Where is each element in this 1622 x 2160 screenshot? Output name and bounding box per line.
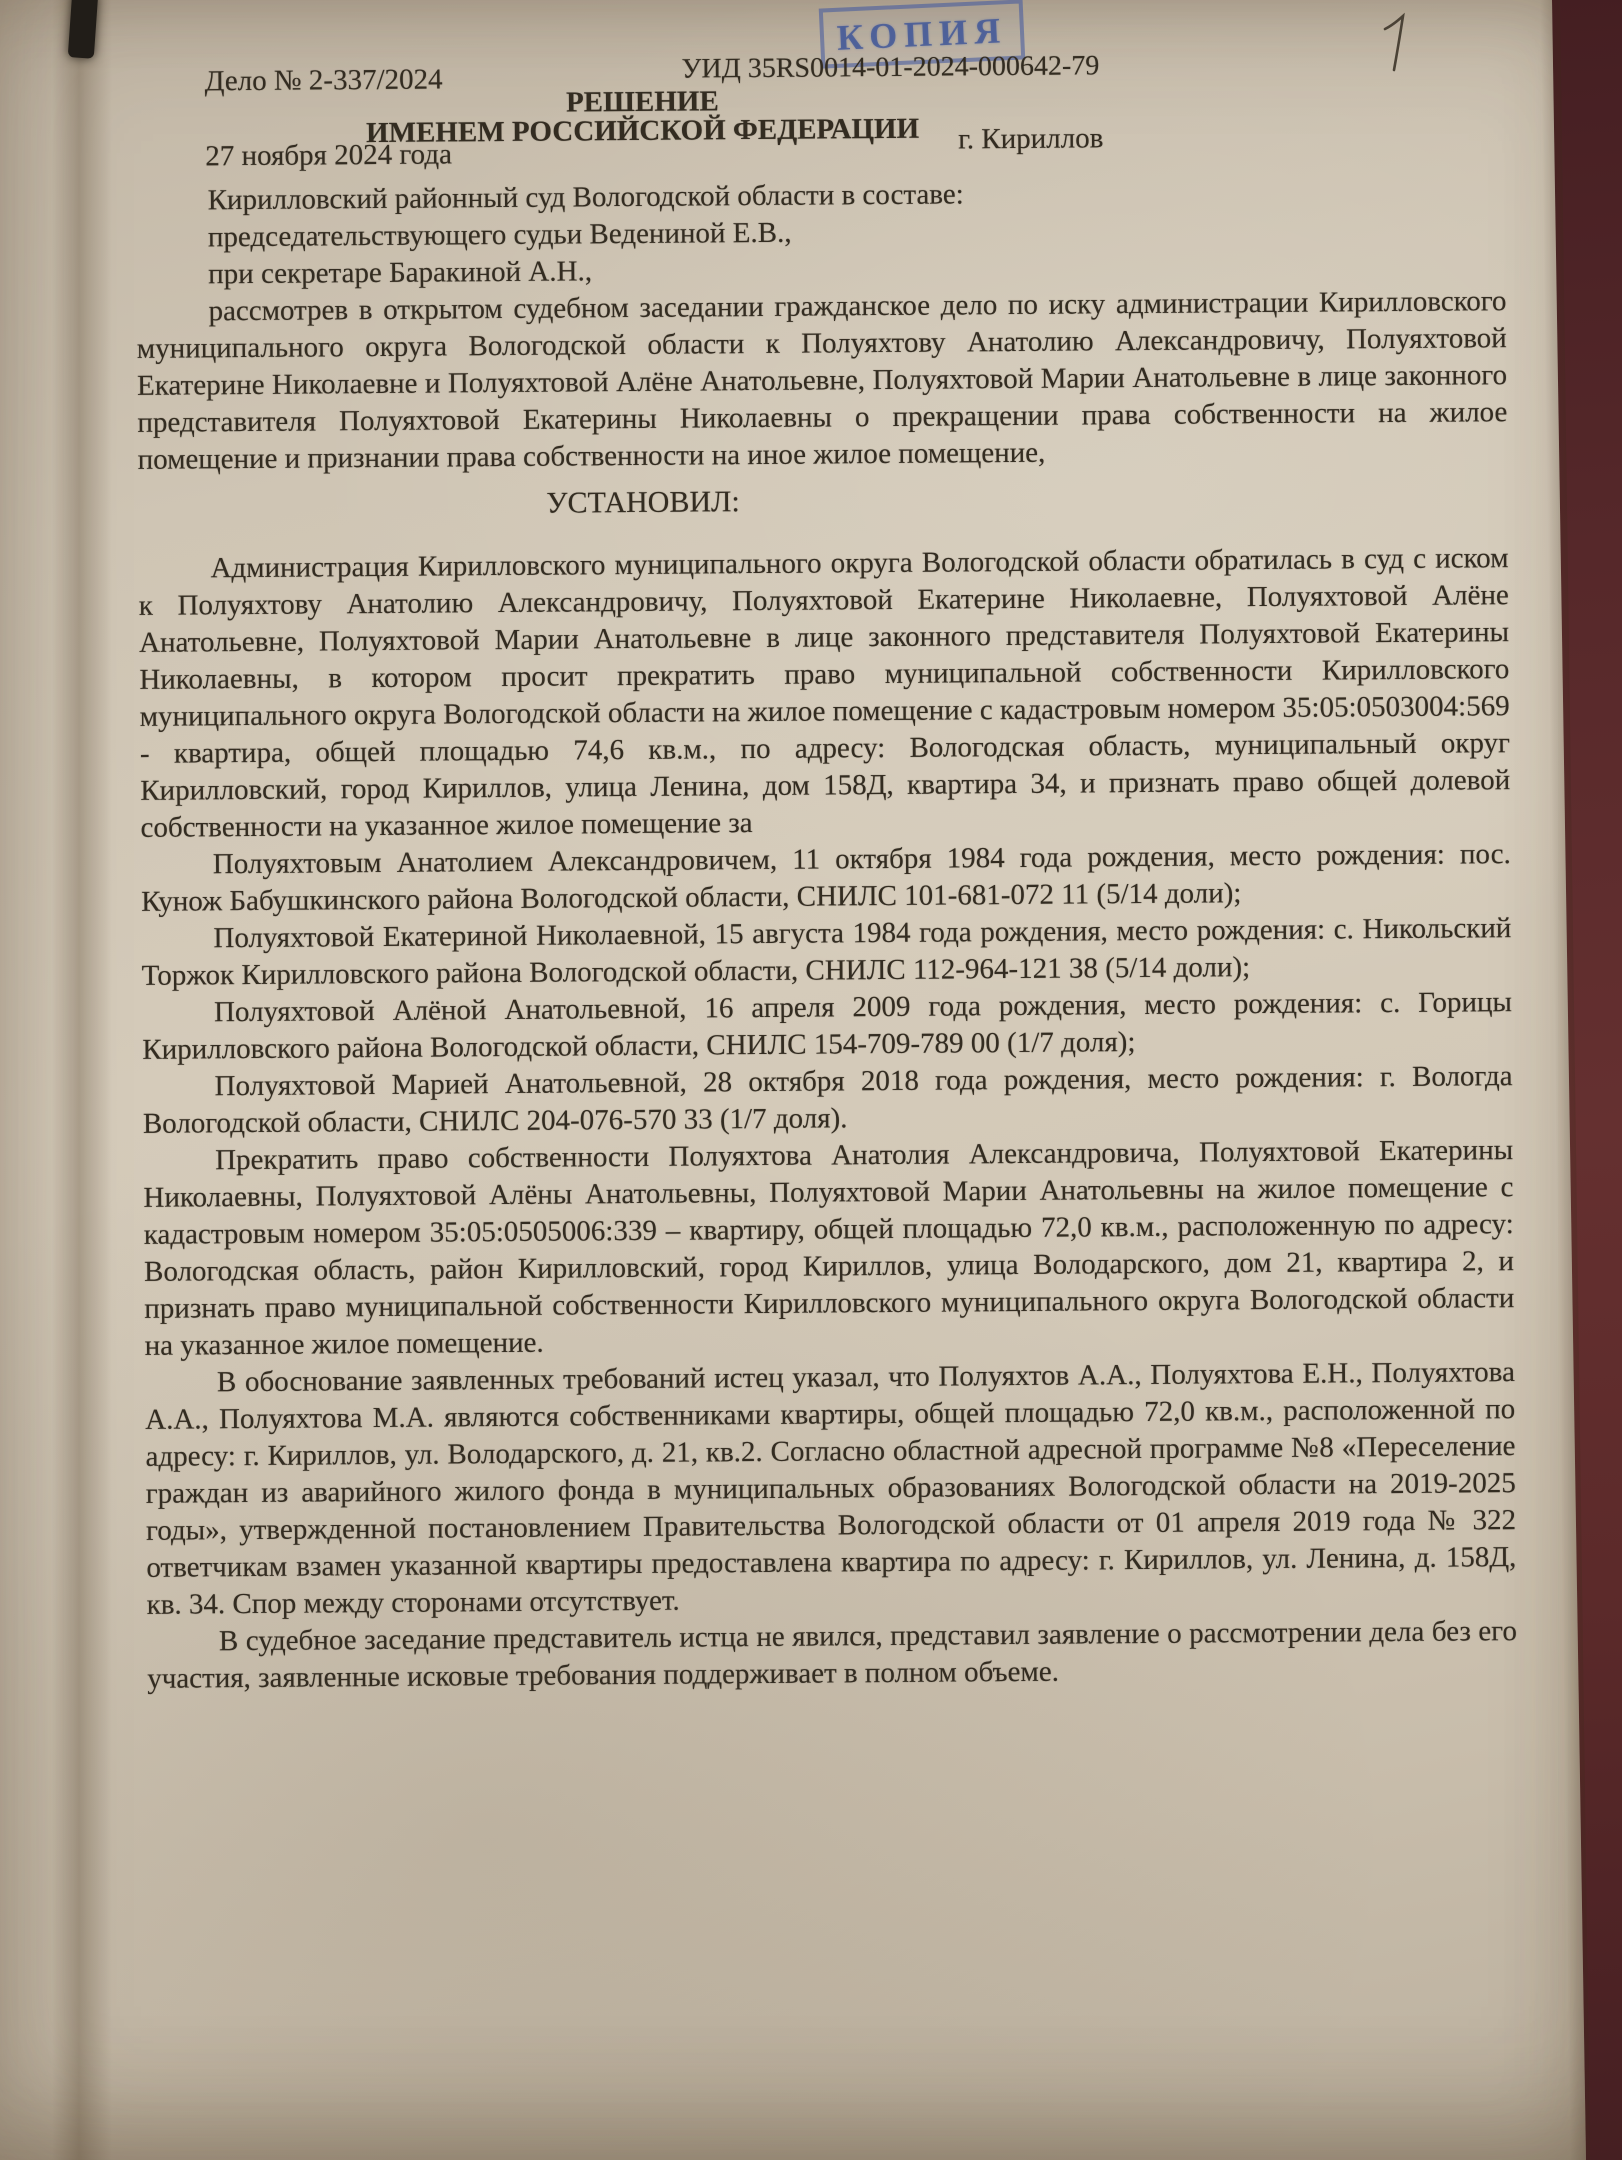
body-paragraph: Полуяхтовым Анатолием Александровичем, 1… (141, 836, 1512, 921)
body-paragraph: В судебное заседание представитель истца… (147, 1613, 1518, 1698)
body-paragraph: Прекратить право собственности Полуяхтов… (143, 1132, 1515, 1365)
body-paragraph: Полуяхтовой Алёной Анатольевной, 16 апре… (142, 984, 1513, 1069)
body-paragraph: Полуяхтовой Марией Анатольевной, 28 октя… (142, 1058, 1513, 1143)
document-body: Кирилловский районный суд Вологодской об… (135, 172, 1517, 1698)
body-paragraph: Полуяхтовой Екатериной Николаевной, 15 а… (141, 910, 1512, 995)
decision-city: г. Кириллов (958, 120, 1103, 158)
established-heading: УСТАНОВИЛ: (138, 480, 1148, 525)
case-description: рассмотрев в открытом судебном заседании… (136, 283, 1507, 479)
body-paragraph: В обоснование заявленных требований исте… (145, 1354, 1517, 1624)
document-content: Дело № 2-337/2024 УИД 35RS0014-01-2024-0… (0, 0, 1622, 2160)
decision-date: 27 ноября 2024 года (205, 136, 452, 175)
photo-of-court-decision: { "page": { "handwritten_page_number": "… (0, 0, 1622, 2160)
body-paragraph: Администрация Кирилловского муниципально… (138, 540, 1510, 847)
